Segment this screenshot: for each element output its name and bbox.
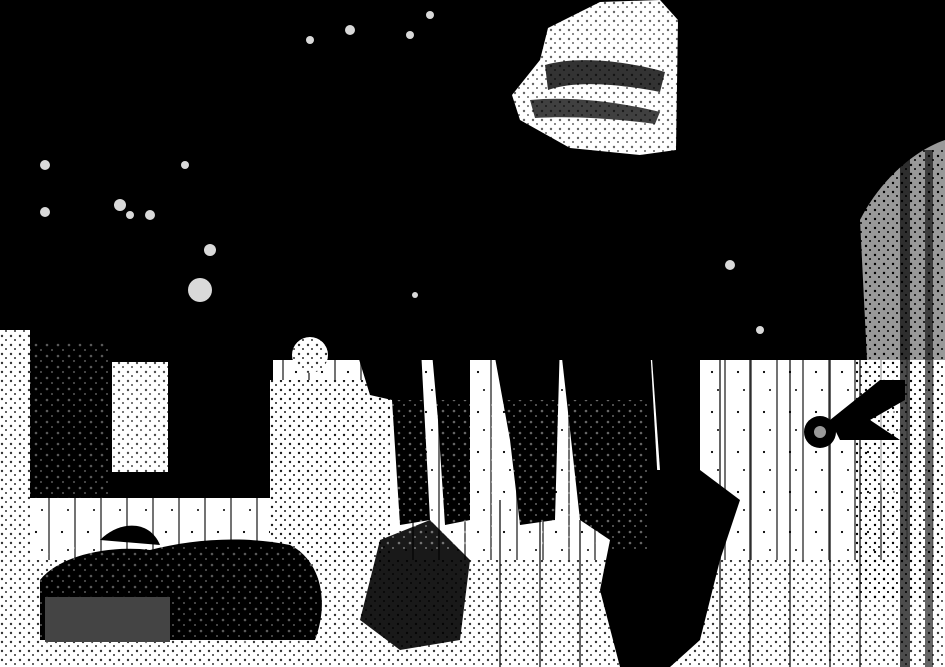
photo-illustration <box>0 0 945 667</box>
sky-patch <box>510 0 680 160</box>
photo-scene: Dark tree canopy over a white picket fen… <box>0 0 945 667</box>
gray-planter <box>45 597 170 642</box>
